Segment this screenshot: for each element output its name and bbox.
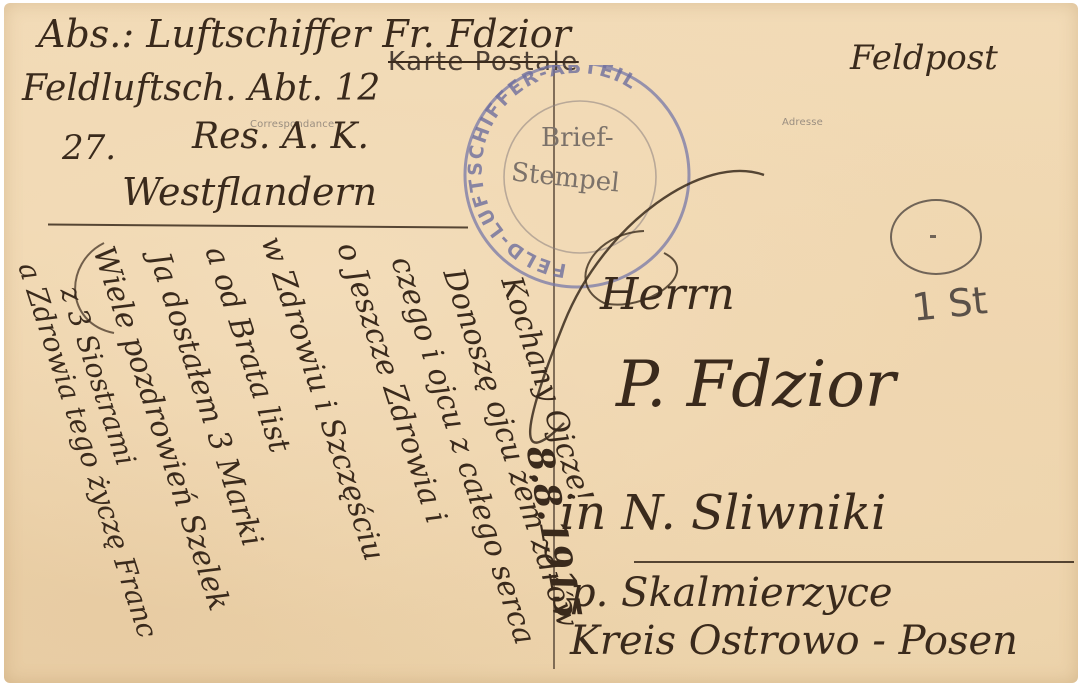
postcard-back: Karte Postale Correspondance Adresse Abs… — [4, 3, 1078, 683]
handwriting-flourishes — [4, 3, 1078, 683]
